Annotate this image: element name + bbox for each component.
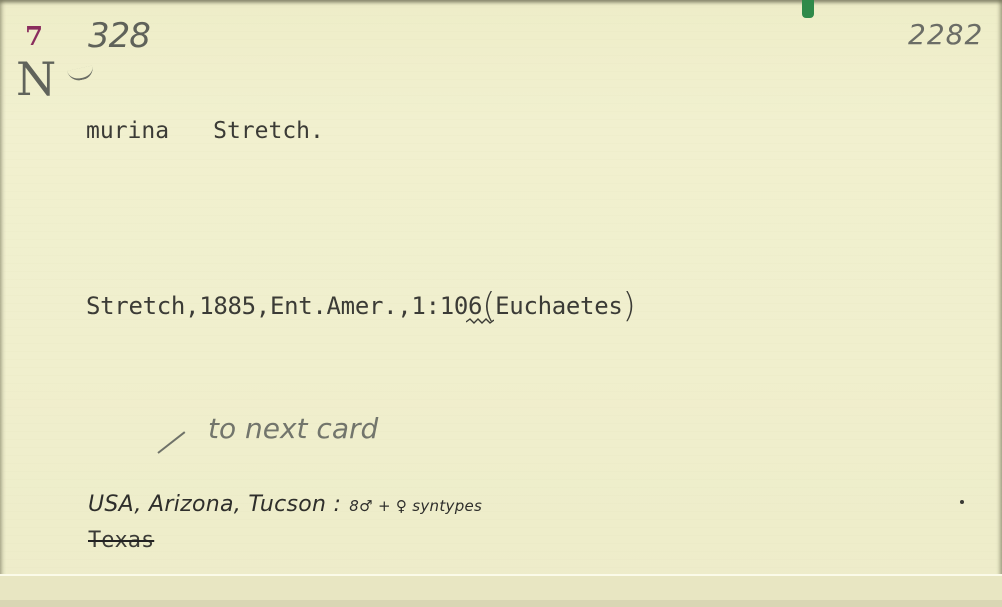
- catalog-card: 7 328 2282 N murinaStretch. Stretch,1885…: [0, 0, 1002, 607]
- species-author: Stretch.: [213, 118, 324, 144]
- reference-line: Stretch,1885,Ent.Amer.,1:106(Euchaetes): [86, 283, 635, 323]
- original-genus: Euchaetes: [495, 292, 622, 320]
- green-tab-marker: [802, 0, 814, 18]
- cross-reference-note: to next card: [208, 412, 378, 445]
- stamp-number: 7: [25, 22, 43, 52]
- handwritten-letter: N: [16, 52, 56, 106]
- pencil-stroke: [157, 431, 185, 454]
- reference-citation: Stretch,1885,Ent.Amer.,1:106: [86, 292, 482, 320]
- card-shadow: [0, 600, 1002, 607]
- locality: USA, Arizona, Tucson :: [88, 492, 341, 517]
- species-name: murina: [86, 118, 169, 144]
- locality-line: USA, Arizona, Tucson :8♂ + ♀ syntypes: [88, 492, 482, 517]
- close-paren: ): [623, 286, 636, 326]
- ink-dot: [960, 500, 964, 504]
- wavy-underline-icon: [466, 318, 494, 324]
- catalog-number: 2282: [908, 18, 983, 51]
- taxon-name-line: murinaStretch.: [86, 118, 324, 144]
- handwritten-number: 328: [88, 16, 150, 56]
- check-mark-icon: [67, 65, 95, 82]
- struck-locality: Texas: [88, 528, 154, 553]
- type-status: 8♂ + ♀ syntypes: [349, 497, 482, 515]
